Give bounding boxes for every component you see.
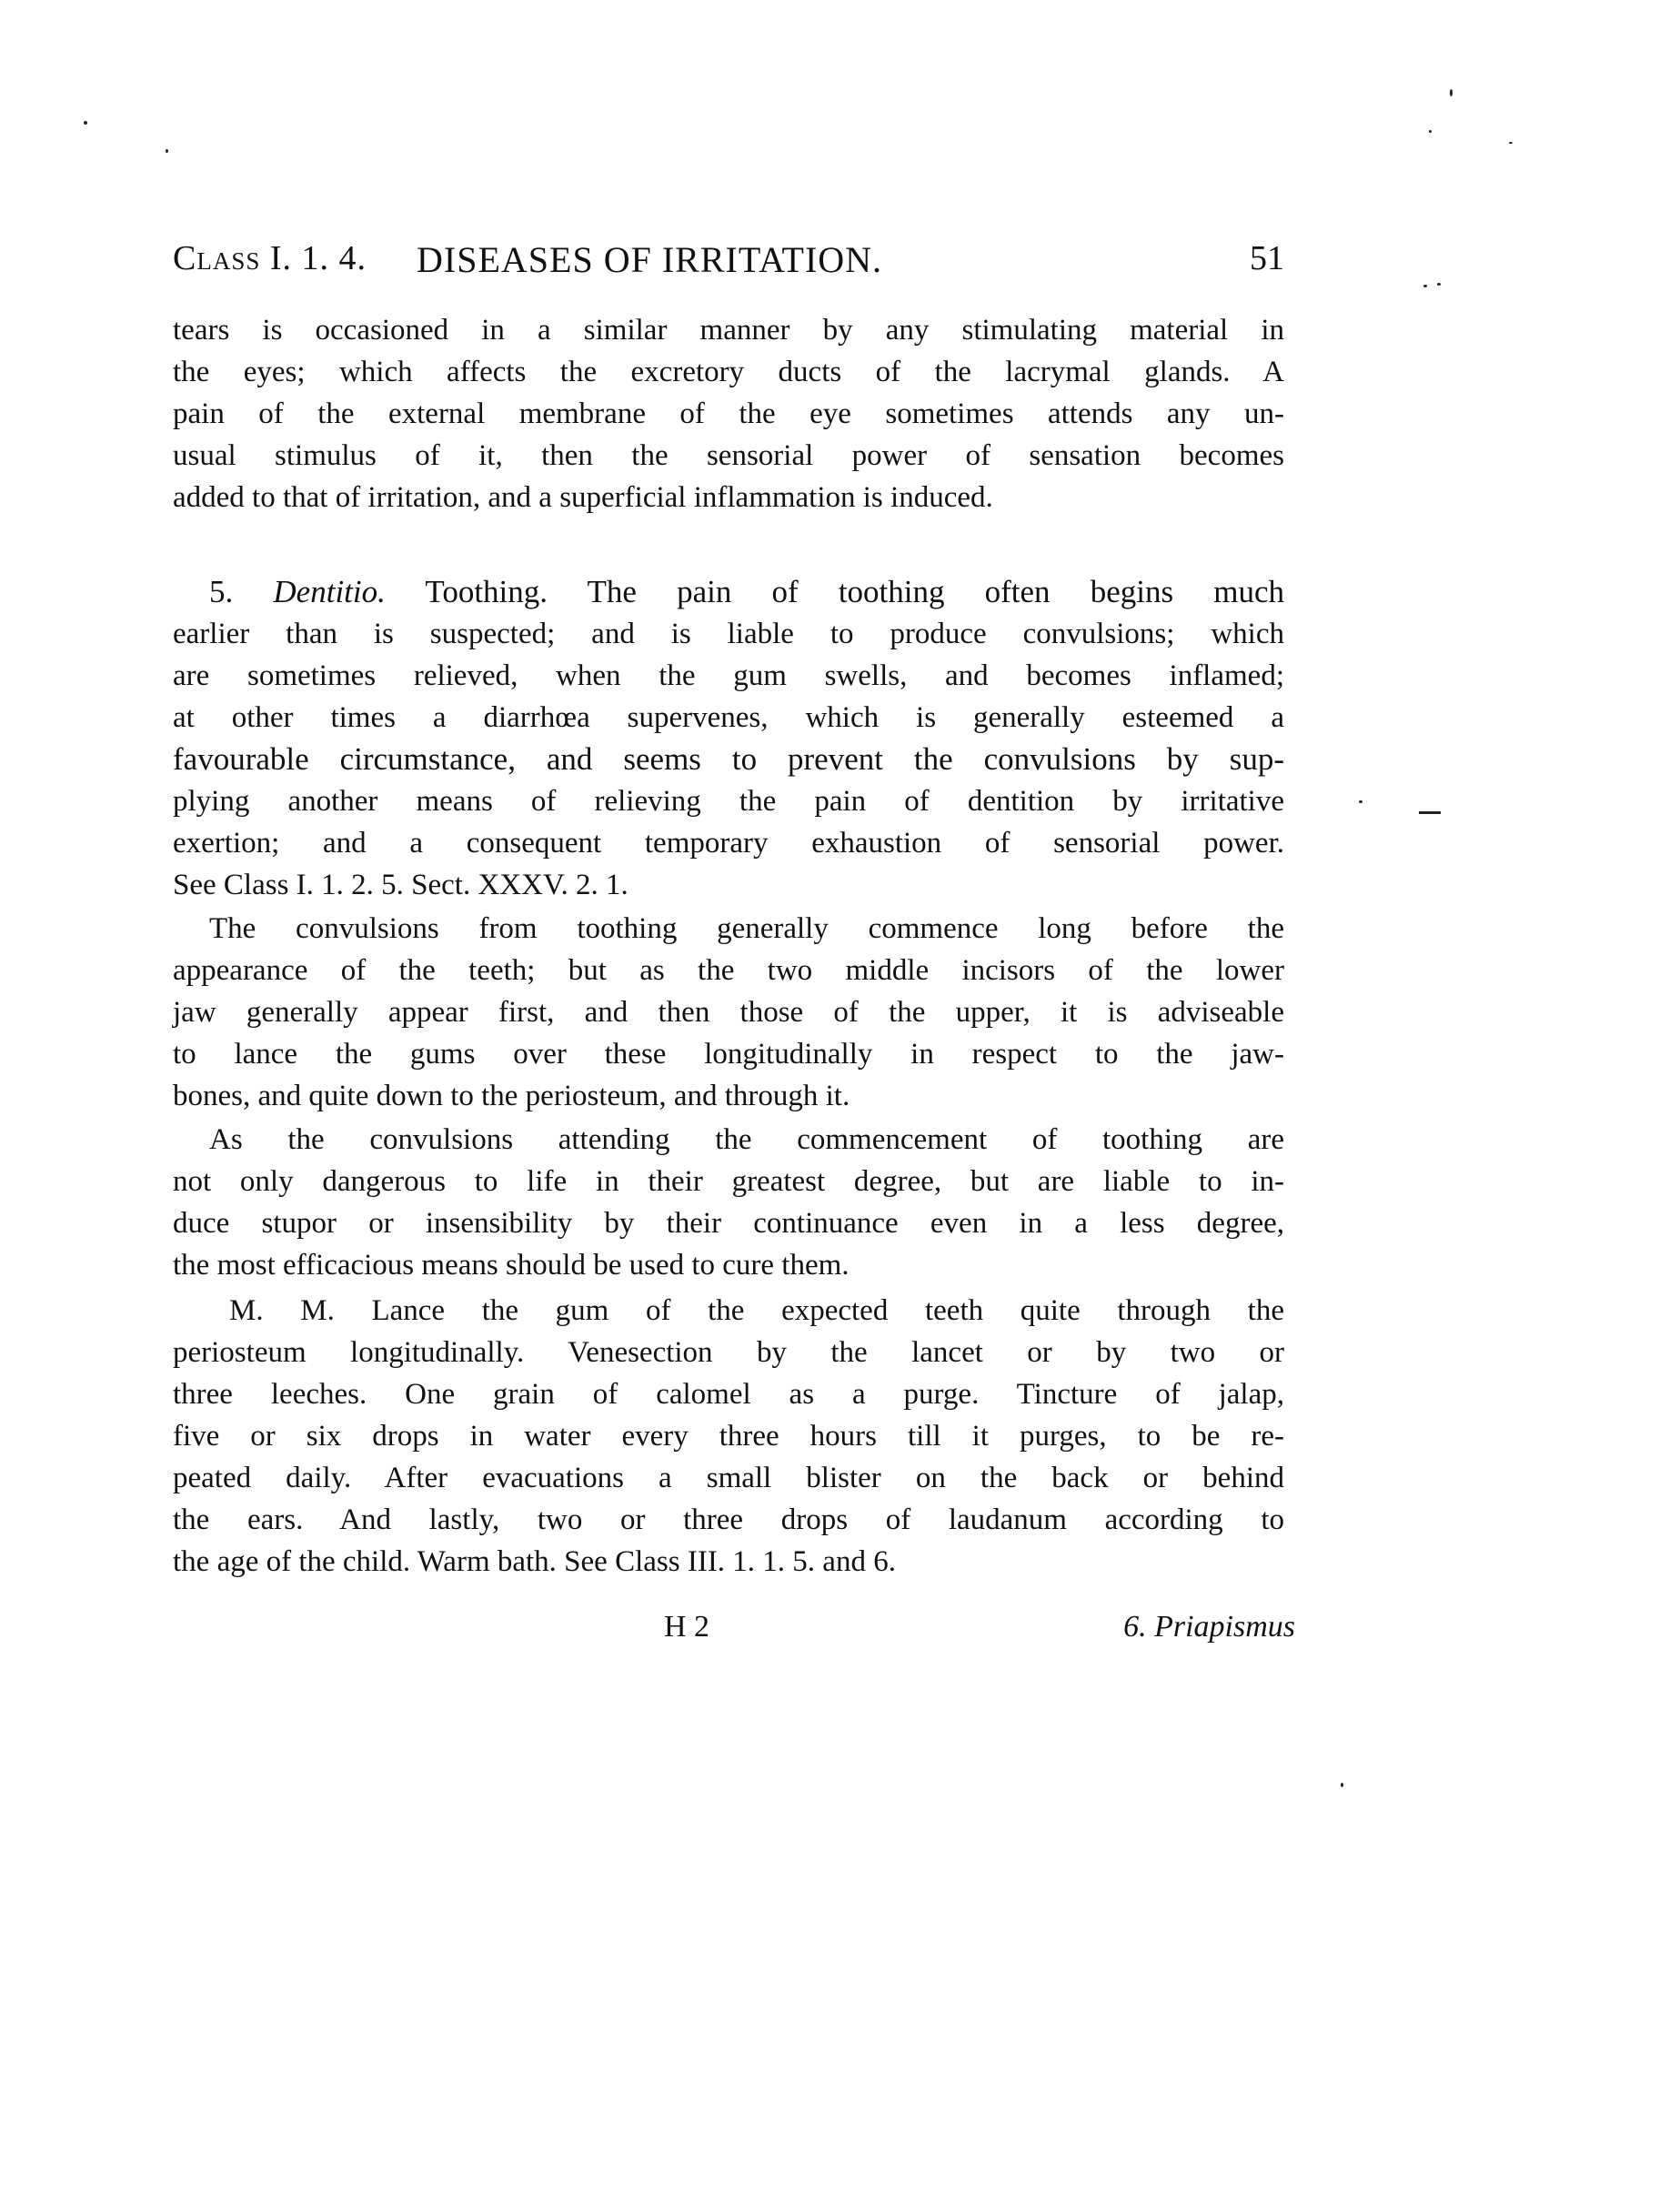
scan-speck xyxy=(84,121,87,125)
text-line: favourable circumstance, and seems to pr… xyxy=(173,739,1284,780)
text-line: three leeches. One grain of calomel as a… xyxy=(173,1373,1284,1415)
text-line: added to that of irritation, and a super… xyxy=(173,477,1284,518)
scan-speck xyxy=(1450,89,1453,96)
text-line: exertion; and a consequent temporary exh… xyxy=(173,822,1284,864)
scan-speck xyxy=(166,149,168,153)
section-latin-name: Dentitio. xyxy=(273,574,385,609)
text-line: the eyes; which affects the excretory du… xyxy=(173,351,1284,393)
text-line: bones, and quite down to the periosteum,… xyxy=(173,1075,1284,1117)
text-line: the most efficacious means should be use… xyxy=(173,1244,1284,1286)
text-line: earlier than is suspected; and is liable… xyxy=(173,613,1284,655)
text-line: As the convulsions attending the commenc… xyxy=(209,1119,1284,1161)
scan-speck xyxy=(1437,283,1441,286)
running-head-title: DISEASES OF IRRITATION. xyxy=(417,238,882,281)
text-line: pain of the external membrane of the eye… xyxy=(173,393,1284,435)
text-line: not only dangerous to life in their grea… xyxy=(173,1161,1284,1202)
page-number: 51 xyxy=(1250,238,1284,278)
text-line: the ears. And lastly, two or three drops… xyxy=(173,1499,1284,1541)
text-line: peated daily. After evacuations a small … xyxy=(173,1457,1284,1499)
text-line: duce stupor or insensibility by their co… xyxy=(173,1202,1284,1244)
section-english-name: Toothing. xyxy=(425,574,548,609)
text-line: appearance of the teeth; but as the two … xyxy=(173,950,1284,991)
section-first-line-text: The pain of toothing often begins much xyxy=(588,574,1284,609)
page-footer: H 2 6. Priapismus xyxy=(173,1610,1284,1655)
text-line: are sometimes relieved, when the gum swe… xyxy=(173,655,1284,697)
text-line: five or six drops in water every three h… xyxy=(173,1415,1284,1457)
scan-speck xyxy=(1423,285,1427,287)
section-number: 5. xyxy=(209,574,233,609)
book-page: Class I. 1. 4. DISEASES OF IRRITATION. 5… xyxy=(0,0,1659,2212)
section-heading-line: 5. Dentitio. Toothing. The pain of tooth… xyxy=(209,571,1284,613)
running-head: Class I. 1. 4. DISEASES OF IRRITATION. 5… xyxy=(173,238,1284,284)
running-head-class-reference: Class I. 1. 4. xyxy=(173,238,367,278)
text-line: periosteum longitudinally. Venesection b… xyxy=(173,1332,1284,1373)
scan-speck xyxy=(1509,142,1513,144)
text-line: plying another means of relieving the pa… xyxy=(173,780,1284,822)
text-line: the age of the child. Warm bath. See Cla… xyxy=(173,1541,1284,1583)
text-line: jaw generally appear first, and then tho… xyxy=(173,991,1284,1033)
scan-speck xyxy=(1359,800,1362,803)
text-line: tears is occasioned in a similar manner … xyxy=(173,309,1284,351)
scan-speck xyxy=(1419,811,1441,814)
cross-reference-line: See Class I. 1. 2. 5. Sect. XXXV. 2. 1. xyxy=(173,864,1284,906)
scan-speck xyxy=(1429,130,1432,133)
signature-mark: H 2 xyxy=(664,1610,709,1644)
text-line: M. M. Lance the gum of the expected teet… xyxy=(229,1290,1284,1332)
text-line: usual stimulus of it, then the sensorial… xyxy=(173,435,1284,477)
text-line: at other times a diarrhœa supervenes, wh… xyxy=(173,697,1284,739)
catchword: 6. Priapismus xyxy=(1123,1610,1295,1644)
text-line: to lance the gums over these longitudina… xyxy=(173,1033,1284,1075)
scan-speck xyxy=(1341,1783,1343,1787)
text-line: The convulsions from toothing generally … xyxy=(209,908,1284,950)
